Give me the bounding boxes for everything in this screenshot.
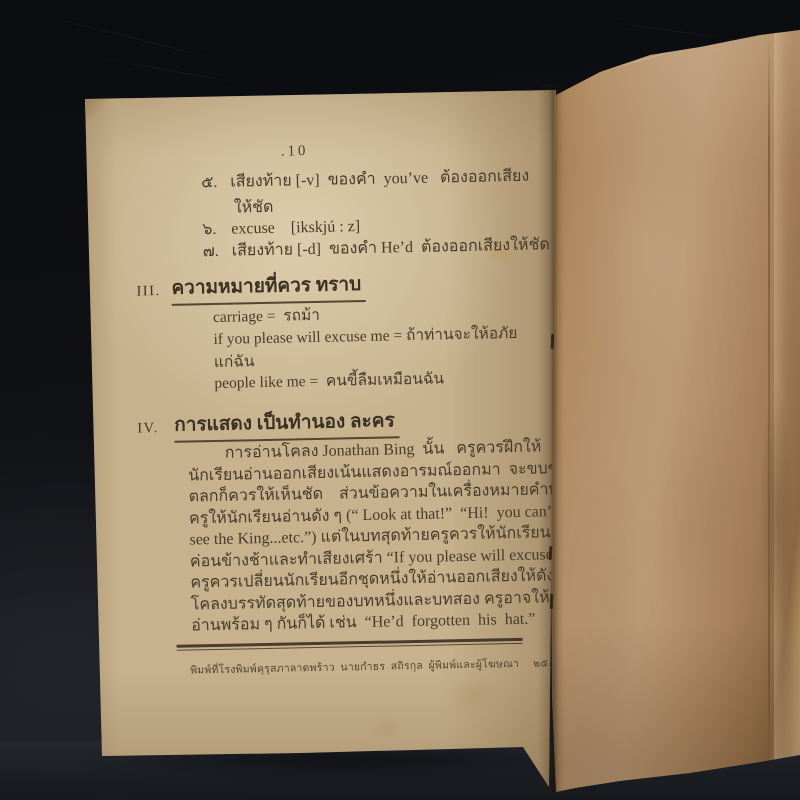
binding-stitch <box>549 546 552 560</box>
item-text: excuse [ikskjú : z] <box>231 217 360 240</box>
spine-gutter-shadow <box>538 84 564 792</box>
double-rule-divider <box>177 638 523 651</box>
section-iv-numeral: IV. <box>137 419 159 438</box>
binding-stitch <box>551 334 555 349</box>
item-text: เสียงท้าย [-v] ของคำ you’ve ต้องออกเสียง <box>230 167 529 193</box>
cover-stain <box>760 384 794 644</box>
printed-text: .10 ๕. เสียงท้าย [-v] ของคำ you’ve ต้องอ… <box>77 77 563 793</box>
binding-stitch <box>551 752 554 765</box>
imprint-footer: พิมพ์ที่โรงพิมพ์คุรุสภาลาดพร้าว นายกำธร … <box>190 657 564 678</box>
item-number: ๕. <box>201 173 218 193</box>
item-number: ๖. <box>202 220 217 240</box>
item-text: เสียงท้าย [-d] ของคำ He’d ต้องออกเสียงให… <box>232 235 550 261</box>
definition-line: carriage = รถม้า <box>213 306 320 328</box>
kraft-back-cover <box>546 24 800 792</box>
definition-line: if you please will excuse me = ถ้าท่านจะ… <box>213 324 517 349</box>
section-iii-numeral: III. <box>136 282 160 301</box>
item-text-continued: ให้ชัด <box>234 198 274 219</box>
binding-stitch <box>550 594 554 609</box>
left-page: .10 ๕. เสียงท้าย [-v] ของคำ you’ve ต้องอ… <box>85 85 557 792</box>
definition-line: people like me = คนขี้ลืมเหมือนฉัน <box>214 369 444 393</box>
book-photo: .10 ๕. เสียงท้าย [-v] ของคำ you’ve ต้องอ… <box>0 0 800 800</box>
section-iv-title: การแสดง เป็นทำนอง ละคร <box>174 409 399 442</box>
section-iii-title: ความหมายที่ควร ทราบ <box>171 273 365 306</box>
item-number: ๗. <box>203 242 219 262</box>
page-number: .10 <box>281 142 309 161</box>
definition-line: แก่ฉัน <box>214 352 255 372</box>
